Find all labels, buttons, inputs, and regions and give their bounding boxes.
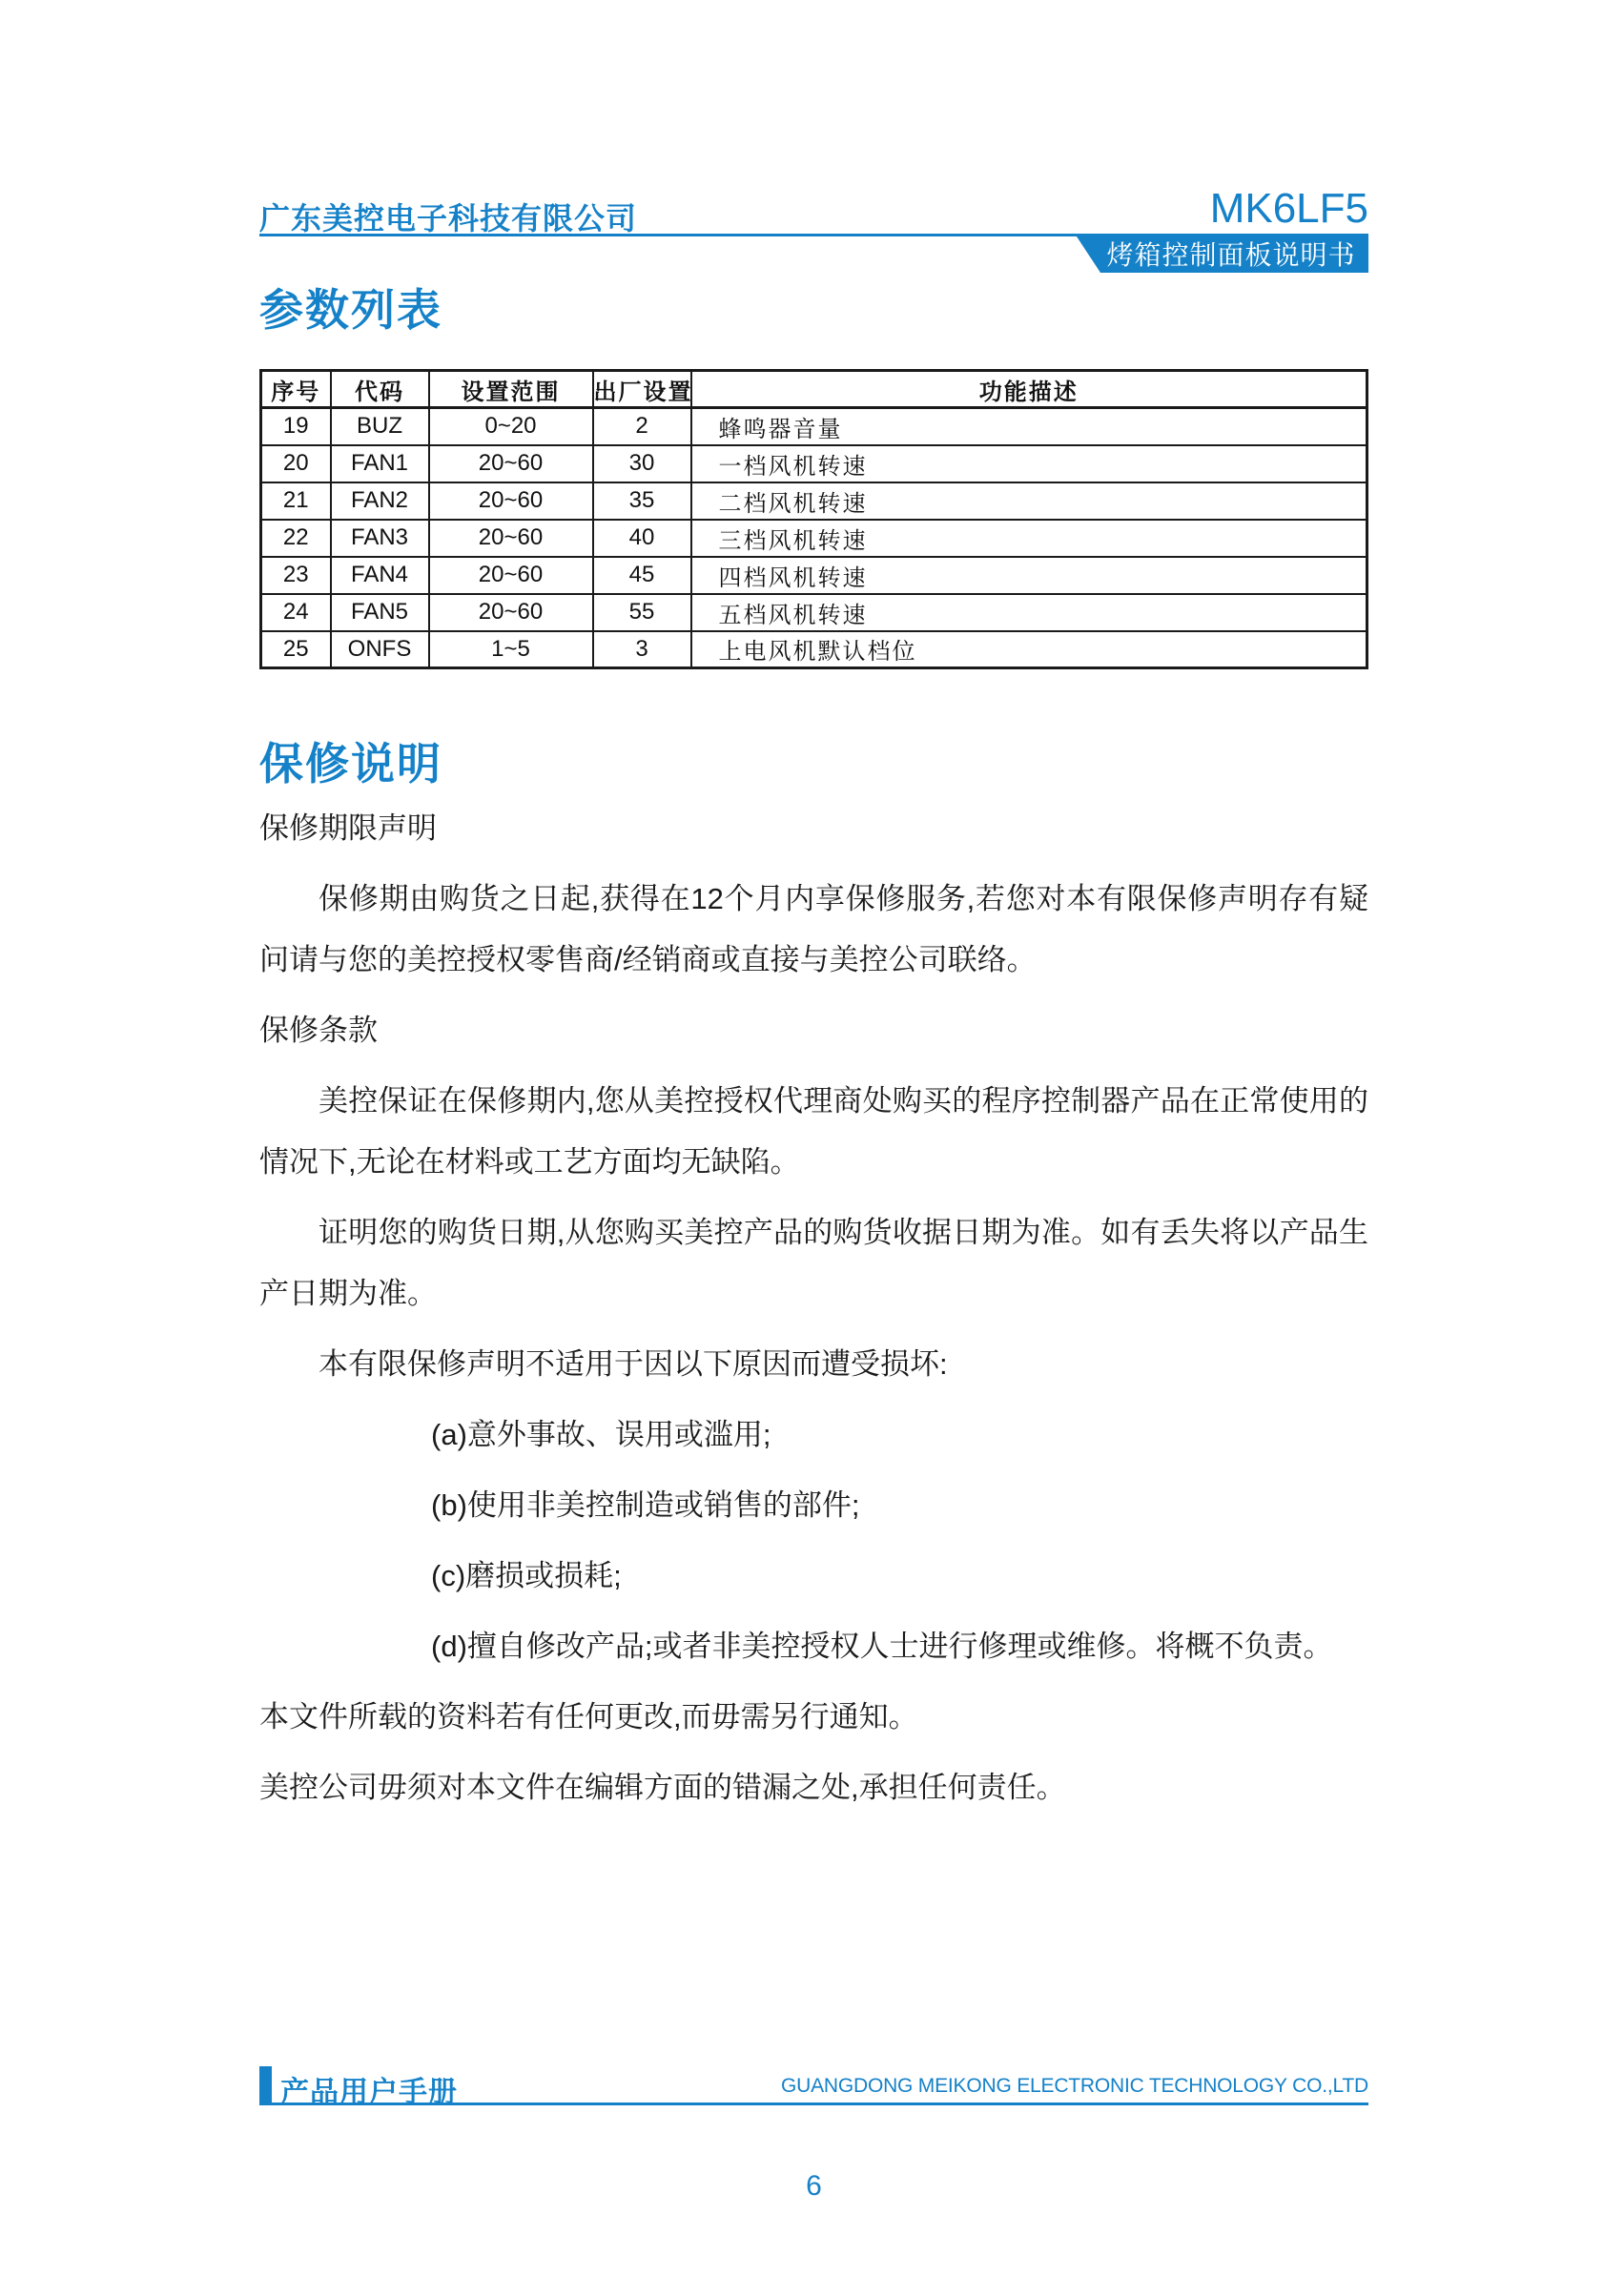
warranty-paragraph: (c)磨损或损耗;	[259, 1546, 1368, 1607]
table-cell: 20~60	[429, 594, 593, 631]
table-header-cell: 设置范围	[429, 371, 593, 408]
header-rule	[259, 234, 1077, 236]
section-title-warranty: 保修说明	[259, 738, 1368, 790]
table-cell: 1~5	[429, 631, 593, 668]
table-cell: 55	[593, 594, 691, 631]
table-row: 23FAN420~6045四档风机转速	[261, 557, 1367, 594]
table-cell: 五档风机转速	[691, 594, 1367, 631]
warranty-paragraph: (a)意外事故、误用或滥用;	[259, 1405, 1368, 1466]
table-cell: 25	[261, 631, 331, 668]
table-cell: 三档风机转速	[691, 520, 1367, 557]
warranty-paragraph: 美控公司毋须对本文件在编辑方面的错漏之处,承担任何责任。	[259, 1757, 1368, 1818]
warranty-paragraph: 保修期限声明	[259, 798, 1368, 859]
table-header-cell: 代码	[331, 371, 429, 408]
table-cell: FAN2	[331, 482, 429, 520]
table-cell: 四档风机转速	[691, 557, 1367, 594]
table-cell: FAN4	[331, 557, 429, 594]
footer-accent-bar	[259, 2066, 272, 2105]
table-cell: BUZ	[331, 408, 429, 445]
table-cell: 20~60	[429, 445, 593, 482]
table-cell: FAN3	[331, 520, 429, 557]
warranty-paragraph: 美控保证在保修期内,您从美控授权代理商处购买的程序控制器产品在正常使用的情况下,…	[259, 1071, 1368, 1193]
param-table-header-row: 序号代码设置范围出厂设置功能描述	[261, 371, 1367, 408]
table-cell: 20~60	[429, 520, 593, 557]
warranty-paragraph: (d)擅自修改产品;或者非美控授权人士进行修理或维修。将概不负责。	[259, 1616, 1368, 1677]
page-content: 参数列表 序号代码设置范围出厂设置功能描述 19BUZ0~202蜂鸣器音量20F…	[259, 284, 1368, 1828]
table-cell: 40	[593, 520, 691, 557]
table-cell: 一档风机转速	[691, 445, 1367, 482]
table-cell: 45	[593, 557, 691, 594]
table-row: 19BUZ0~202蜂鸣器音量	[261, 408, 1367, 445]
header-banner: 烤箱控制面板说明书	[1075, 234, 1368, 273]
model-number: MK6LF5	[1210, 185, 1368, 233]
table-cell: 二档风机转速	[691, 482, 1367, 520]
footer-rule	[259, 2103, 1368, 2105]
table-cell: 22	[261, 520, 331, 557]
warranty-paragraph: (b)使用非美控制造或销售的部件;	[259, 1475, 1368, 1536]
table-header-cell: 功能描述	[691, 371, 1367, 408]
param-table: 序号代码设置范围出厂设置功能描述 19BUZ0~202蜂鸣器音量20FAN120…	[259, 369, 1368, 669]
table-header-cell: 序号	[261, 371, 331, 408]
table-cell: 蜂鸣器音量	[691, 408, 1367, 445]
table-cell: 上电风机默认档位	[691, 631, 1367, 668]
warranty-text: 保修期限声明保修期由购货之日起,获得在12个月内享保修服务,若您对本有限保修声明…	[259, 798, 1368, 1818]
table-cell: 20~60	[429, 557, 593, 594]
table-cell: 30	[593, 445, 691, 482]
table-cell: 3	[593, 631, 691, 668]
section-title-params: 参数列表	[259, 284, 1368, 337]
warranty-paragraph: 保修条款	[259, 1000, 1368, 1061]
header-banner-label: 烤箱控制面板说明书	[1106, 235, 1355, 273]
manual-page: 广东美控电子科技有限公司 MK6LF5 烤箱控制面板说明书 参数列表 序号代码设…	[0, 0, 1624, 2277]
table-cell: 35	[593, 482, 691, 520]
table-cell: 20	[261, 445, 331, 482]
param-table-body: 19BUZ0~202蜂鸣器音量20FAN120~6030一档风机转速21FAN2…	[261, 408, 1367, 668]
table-row: 25ONFS1~53上电风机默认档位	[261, 631, 1367, 668]
table-row: 24FAN520~6055五档风机转速	[261, 594, 1367, 631]
table-cell: FAN1	[331, 445, 429, 482]
warranty-paragraph: 本有限保修声明不适用于因以下原因而遭受损坏:	[259, 1334, 1368, 1395]
table-cell: 19	[261, 408, 331, 445]
page-number: 6	[259, 2170, 1368, 2203]
table-row: 22FAN320~6040三档风机转速	[261, 520, 1367, 557]
table-row: 20FAN120~6030一档风机转速	[261, 445, 1367, 482]
warranty-paragraph: 本文件所载的资料若有任何更改,而毋需另行通知。	[259, 1687, 1368, 1748]
footer-company-name: GUANGDONG MEIKONG ELECTRONIC TECHNOLOGY …	[781, 2075, 1368, 2098]
warranty-paragraph: 保修期由购货之日起,获得在12个月内享保修服务,若您对本有限保修声明存有疑问请与…	[259, 869, 1368, 991]
table-cell: 2	[593, 408, 691, 445]
table-cell: 0~20	[429, 408, 593, 445]
table-cell: FAN5	[331, 594, 429, 631]
header-company-name: 广东美控电子科技有限公司	[259, 195, 637, 238]
table-row: 21FAN220~6035二档风机转速	[261, 482, 1367, 520]
warranty-paragraph: 证明您的购货日期,从您购买美控产品的购货收据日期为准。如有丢失将以产品生产日期为…	[259, 1202, 1368, 1324]
table-cell: 24	[261, 594, 331, 631]
table-cell: 21	[261, 482, 331, 520]
table-cell: 23	[261, 557, 331, 594]
table-cell: 20~60	[429, 482, 593, 520]
table-cell: ONFS	[331, 631, 429, 668]
table-header-cell: 出厂设置	[593, 371, 691, 408]
